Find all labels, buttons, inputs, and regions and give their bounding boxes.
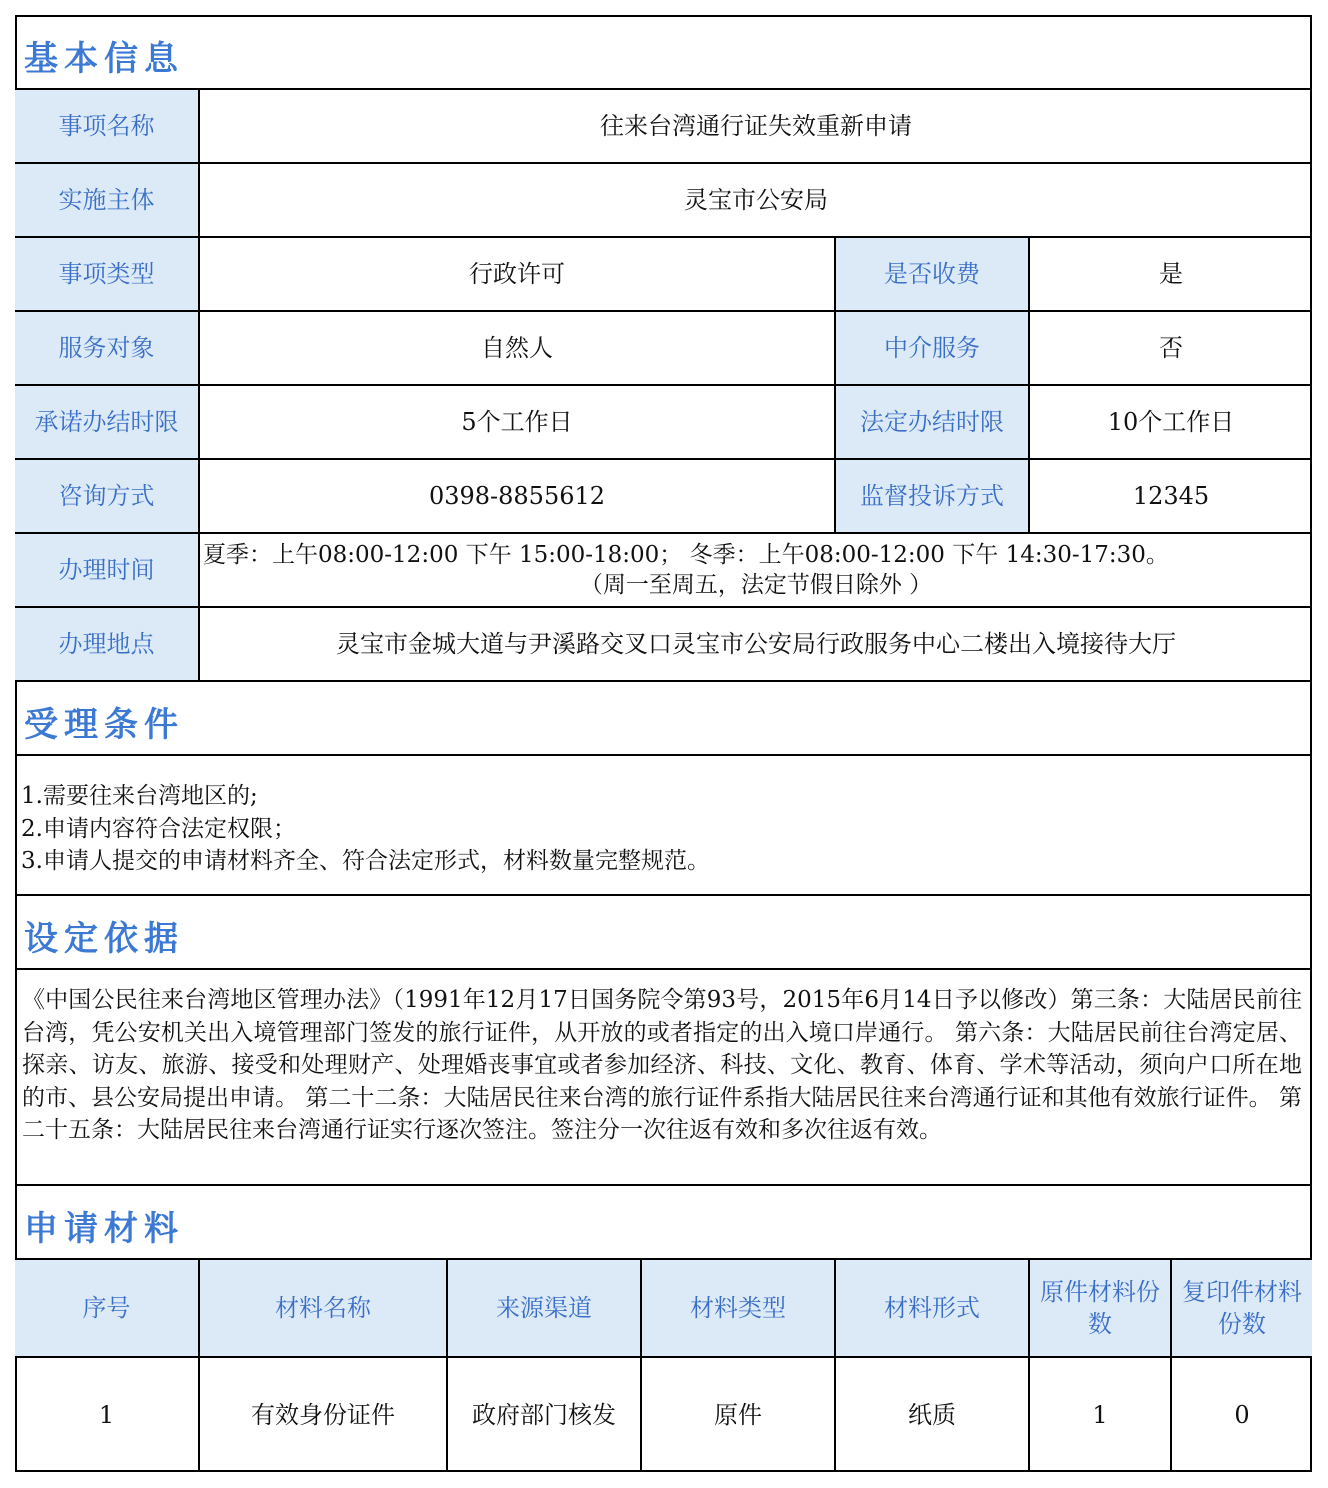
row-hours: 办理时间 夏季：上午08:00-12:00 下午 15:00-18:00； 冬季…: [15, 534, 1312, 608]
conditions-body: 1.需要往来台湾地区的; 2.申请内容符合法定权限； 3.申请人提交的申请材料齐…: [15, 756, 1312, 896]
cell-material-form: 纸质: [834, 1358, 1028, 1472]
materials-table-header: 序号 材料名称 来源渠道 材料类型 材料形式 原件材料份数 复印件材料份数: [15, 1260, 1312, 1358]
label-promised-time: 承诺办结时限: [15, 386, 198, 458]
label-location: 办理地点: [15, 608, 198, 680]
row-location: 办理地点 灵宝市金城大道与尹溪路交叉口灵宝市公安局行政服务中心二楼出入境接待大厅: [15, 608, 1312, 682]
value-item-name: 往来台湾通行证失效重新申请: [198, 90, 1312, 162]
value-hours: 夏季：上午08:00-12:00 下午 15:00-18:00； 冬季：上午08…: [198, 534, 1312, 606]
value-complaint-phone: 12345: [1028, 460, 1312, 532]
label-charge: 是否收费: [834, 238, 1028, 310]
label-consult: 咨询方式: [15, 460, 198, 532]
hours-line-1: 夏季：上午08:00-12:00 下午 15:00-18:00； 冬季：上午08…: [197, 540, 1315, 570]
conditions-header: 受理条件: [15, 682, 1312, 756]
section-title-conditions: 受理条件: [24, 697, 184, 746]
cell-index: 1: [15, 1358, 198, 1472]
value-legal-time: 10个工作日: [1028, 386, 1312, 458]
value-service-target: 自然人: [198, 312, 834, 384]
col-header-material-form: 材料形式: [834, 1260, 1028, 1356]
col-header-index: 序号: [15, 1260, 198, 1356]
label-item-type: 事项类型: [15, 238, 198, 310]
label-service-target: 服务对象: [15, 312, 198, 384]
row-contact: 咨询方式 0398-8855612 监督投诉方式 12345: [15, 460, 1312, 534]
conditions-list: 1.需要往来台湾地区的; 2.申请内容符合法定权限； 3.申请人提交的申请材料齐…: [21, 780, 710, 878]
value-charge: 是: [1028, 238, 1312, 310]
condition-item: 1.需要往来台湾地区的;: [21, 780, 710, 813]
condition-item: 2.申请内容符合法定权限；: [21, 813, 710, 846]
label-hours: 办理时间: [15, 534, 198, 606]
col-header-material-type: 材料类型: [640, 1260, 834, 1356]
cell-material-type: 原件: [640, 1358, 834, 1472]
label-complaint: 监督投诉方式: [834, 460, 1028, 532]
row-item-type: 事项类型 行政许可 是否收费 是: [15, 238, 1312, 312]
section-title-materials: 申请材料: [24, 1201, 184, 1250]
col-header-source: 来源渠道: [446, 1260, 640, 1356]
col-header-material-name: 材料名称: [198, 1260, 446, 1356]
basis-header: 设定依据: [15, 896, 1312, 970]
condition-item: 3.申请人提交的申请材料齐全、符合法定形式，材料数量完整规范。: [21, 845, 710, 878]
value-item-type: 行政许可: [198, 238, 834, 310]
row-time-limits: 承诺办结时限 5个工作日 法定办结时限 10个工作日: [15, 386, 1312, 460]
section-title-basic-info: 基本信息: [24, 31, 184, 80]
value-consult-phone: 0398-8855612: [198, 460, 834, 532]
value-promised-time: 5个工作日: [198, 386, 834, 458]
row-service-target: 服务对象 自然人 中介服务 否: [15, 312, 1312, 386]
label-implementer: 实施主体: [15, 164, 198, 236]
basis-body: 《中国公民往来台湾地区管理办法》（1991年12月17日国务院令第93号，201…: [15, 970, 1312, 1186]
value-intermediary: 否: [1028, 312, 1312, 384]
label-legal-time: 法定办结时限: [834, 386, 1028, 458]
row-implementer: 实施主体 灵宝市公安局: [15, 164, 1312, 238]
basic-info-header: 基本信息: [15, 15, 1312, 90]
cell-copy-count: 0: [1170, 1358, 1312, 1472]
col-header-copy-count: 复印件材料份数: [1170, 1260, 1312, 1356]
hours-line-2: （周一至周五，法定节假日除外 ）: [200, 570, 1312, 600]
label-item-name: 事项名称: [15, 90, 198, 162]
cell-material-name: 有效身份证件: [198, 1358, 446, 1472]
materials-header: 申请材料: [15, 1186, 1312, 1260]
cell-original-count: 1: [1028, 1358, 1170, 1472]
col-header-original-count: 原件材料份数: [1028, 1260, 1170, 1356]
table-row: 1 有效身份证件 政府部门核发 原件 纸质 1 0: [15, 1358, 1312, 1472]
basis-text: 《中国公民往来台湾地区管理办法》（1991年12月17日国务院令第93号，201…: [22, 984, 1302, 1147]
cell-source: 政府部门核发: [446, 1358, 640, 1472]
row-item-name: 事项名称 往来台湾通行证失效重新申请: [15, 90, 1312, 164]
label-intermediary: 中介服务: [834, 312, 1028, 384]
section-title-basis: 设定依据: [24, 911, 184, 960]
value-location: 灵宝市金城大道与尹溪路交叉口灵宝市公安局行政服务中心二楼出入境接待大厅: [198, 608, 1312, 680]
value-implementer: 灵宝市公安局: [198, 164, 1312, 236]
